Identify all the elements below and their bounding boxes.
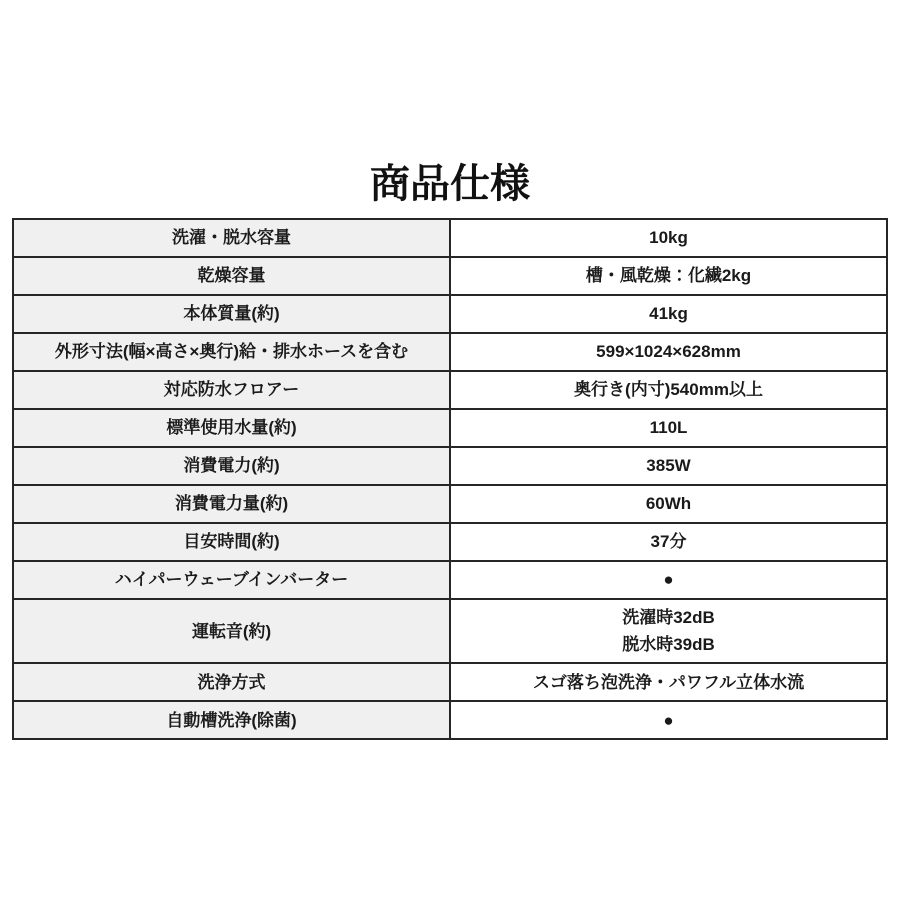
spec-value: 奥行き(内寸)540mm以上 <box>450 371 887 409</box>
spec-label: ハイパーウェーブインバーター <box>13 561 450 599</box>
spec-value: 洗濯時32dB 脱水時39dB <box>450 599 887 663</box>
spec-table: 洗濯・脱水容量 10kg 乾燥容量 槽・風乾燥：化繊2kg 本体質量(約) 41… <box>12 218 888 740</box>
spec-row: 対応防水フロアー 奥行き(内寸)540mm以上 <box>13 371 887 409</box>
spec-table-body: 洗濯・脱水容量 10kg 乾燥容量 槽・風乾燥：化繊2kg 本体質量(約) 41… <box>13 219 887 739</box>
spec-row: 運転音(約) 洗濯時32dB 脱水時39dB <box>13 599 887 663</box>
spec-value: 10kg <box>450 219 887 257</box>
spec-value: 槽・風乾燥：化繊2kg <box>450 257 887 295</box>
spec-row: 消費電力量(約) 60Wh <box>13 485 887 523</box>
spec-value: 41kg <box>450 295 887 333</box>
spec-label: 洗濯・脱水容量 <box>13 219 450 257</box>
spec-label: 目安時間(約) <box>13 523 450 561</box>
spec-row: 外形寸法(幅×高さ×奥行)給・排水ホースを含む 599×1024×628mm <box>13 333 887 371</box>
spec-row: 自動槽洗浄(除菌) ● <box>13 701 887 739</box>
spec-value: 37分 <box>450 523 887 561</box>
spec-row: ハイパーウェーブインバーター ● <box>13 561 887 599</box>
spec-value: 60Wh <box>450 485 887 523</box>
page-title: 商品仕様 <box>0 160 900 208</box>
spec-row: 標準使用水量(約) 110L <box>13 409 887 447</box>
spec-label: 消費電力(約) <box>13 447 450 485</box>
spec-value: 599×1024×628mm <box>450 333 887 371</box>
spec-label: 洗浄方式 <box>13 663 450 701</box>
spec-label: 外形寸法(幅×高さ×奥行)給・排水ホースを含む <box>13 333 450 371</box>
spec-value: 110L <box>450 409 887 447</box>
spec-label: 消費電力量(約) <box>13 485 450 523</box>
spec-row: 本体質量(約) 41kg <box>13 295 887 333</box>
spec-label: 自動槽洗浄(除菌) <box>13 701 450 739</box>
spec-value: ● <box>450 561 887 599</box>
spec-row: 洗濯・脱水容量 10kg <box>13 219 887 257</box>
spec-row: 乾燥容量 槽・風乾燥：化繊2kg <box>13 257 887 295</box>
spec-page: 商品仕様 洗濯・脱水容量 10kg 乾燥容量 槽・風乾燥：化繊2kg 本体質量(… <box>0 0 900 740</box>
spec-value: スゴ落ち泡洗浄・パワフル立体水流 <box>450 663 887 701</box>
spec-value: ● <box>450 701 887 739</box>
spec-value: 385W <box>450 447 887 485</box>
spec-label: 乾燥容量 <box>13 257 450 295</box>
spec-row: 目安時間(約) 37分 <box>13 523 887 561</box>
spec-label: 運転音(約) <box>13 599 450 663</box>
spec-row: 洗浄方式 スゴ落ち泡洗浄・パワフル立体水流 <box>13 663 887 701</box>
spec-row: 消費電力(約) 385W <box>13 447 887 485</box>
spec-label: 対応防水フロアー <box>13 371 450 409</box>
spec-label: 標準使用水量(約) <box>13 409 450 447</box>
spec-label: 本体質量(約) <box>13 295 450 333</box>
